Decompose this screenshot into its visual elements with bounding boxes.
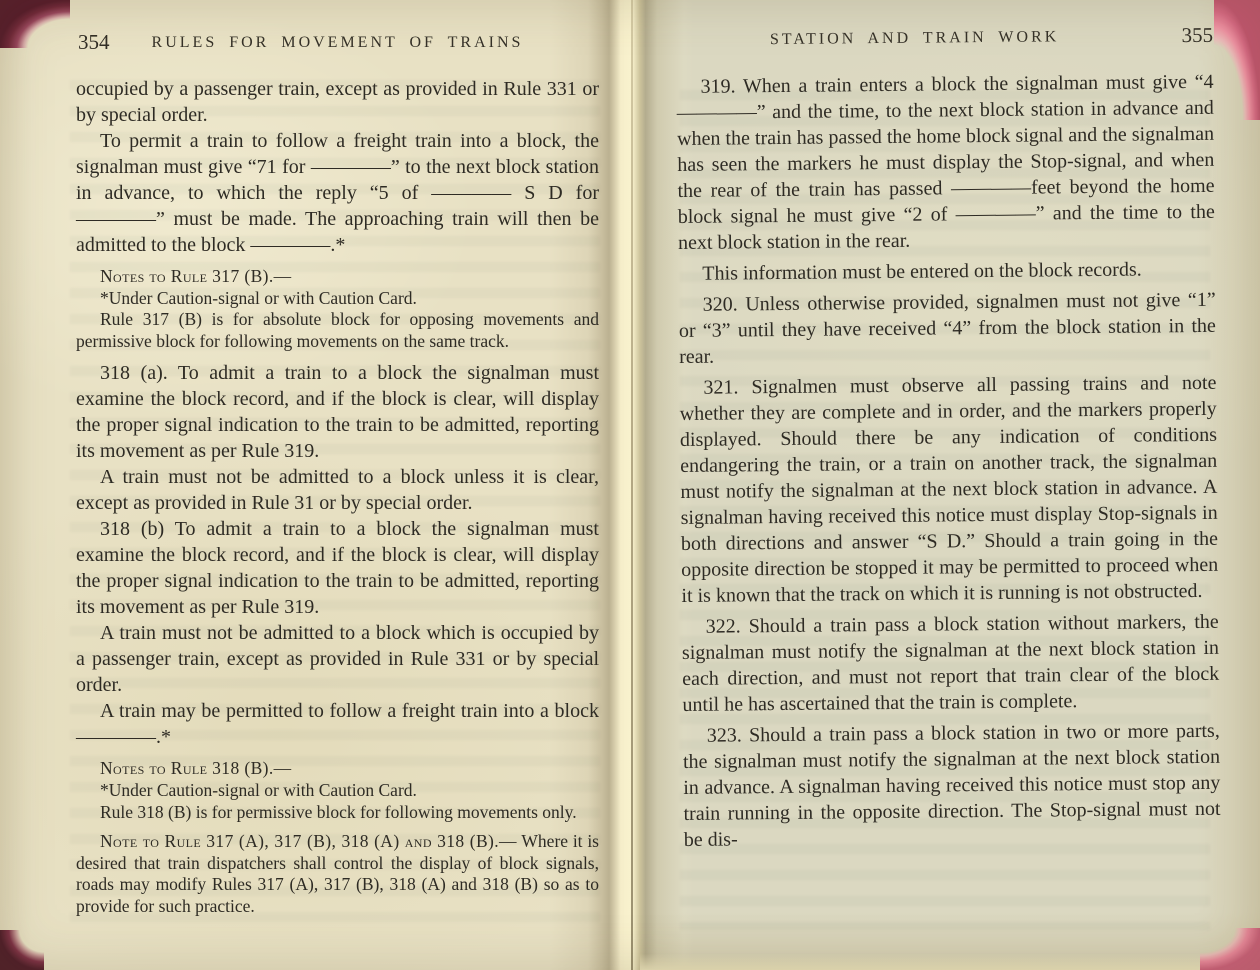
paragraph: *Under Caution-signal or with Caution Ca… <box>76 288 599 310</box>
paragraph: *Under Caution-signal or with Caution Ca… <box>76 780 599 802</box>
paragraph: 323. Should a train pass a block station… <box>683 718 1221 853</box>
paragraph: Notes to Rule 318 (B).— <box>76 758 599 780</box>
page-bottom-edge <box>640 954 1230 970</box>
note-heading: Notes to Rule 317 (B).— <box>100 266 292 286</box>
left-page-number: 354 <box>78 30 110 55</box>
left-page: 354 RULES FOR MOVEMENT OF TRAINS occupie… <box>76 30 599 918</box>
right-running-head: STATION AND TRAIN WORK <box>676 23 1213 50</box>
paragraph: A train must not be admitted to a block … <box>76 620 599 698</box>
paragraph: A train must not be admitted to a block … <box>76 464 599 516</box>
right-page-number: 355 <box>1181 23 1213 48</box>
left-page-body: occupied by a passenger train, except as… <box>76 76 599 918</box>
note-heading: Notes to Rule 318 (B).— <box>100 758 292 778</box>
note-heading: Note to Rule 317 (A), 317 (B), 318 (A) a… <box>100 831 517 851</box>
paragraph: 320. Unless otherwise provided, signalme… <box>679 287 1217 370</box>
paragraph: occupied by a passenger train, except as… <box>76 76 599 128</box>
paragraph: Rule 318 (B) is for permissive block for… <box>76 802 599 824</box>
paragraph: Note to Rule 317 (A), 317 (B), 318 (A) a… <box>76 831 599 917</box>
right-page-header: 355 STATION AND TRAIN WORK <box>676 23 1213 74</box>
paragraph: 319. When a train enters a block the sig… <box>676 69 1215 256</box>
paragraph: 318 (b) To admit a train to a block the … <box>76 516 599 620</box>
paragraph: This information must be entered on the … <box>678 256 1215 287</box>
paragraph: To permit a train to follow a freight tr… <box>76 128 599 258</box>
left-running-head: RULES FOR MOVEMENT OF TRAINS <box>76 30 599 52</box>
book-gutter <box>588 0 684 970</box>
paragraph: 318 (a). To admit a train to a block the… <box>76 360 599 464</box>
gutter-crease-line <box>631 0 633 970</box>
paragraph: A train may be permitted to follow a fre… <box>76 698 599 750</box>
paragraph: Notes to Rule 317 (B).— <box>76 266 599 288</box>
paragraph: 321. Signalmen must observe all passing … <box>679 370 1218 609</box>
paragraph: 322. Should a train pass a block station… <box>682 609 1220 718</box>
paragraph: Rule 317 (B) is for absolute block for o… <box>76 309 599 352</box>
book-scan: 354 RULES FOR MOVEMENT OF TRAINS occupie… <box>0 0 1260 970</box>
right-page: 355 STATION AND TRAIN WORK 319. When a t… <box>676 23 1221 853</box>
left-page-header: 354 RULES FOR MOVEMENT OF TRAINS <box>76 30 599 76</box>
right-page-body: 319. When a train enters a block the sig… <box>676 69 1220 853</box>
